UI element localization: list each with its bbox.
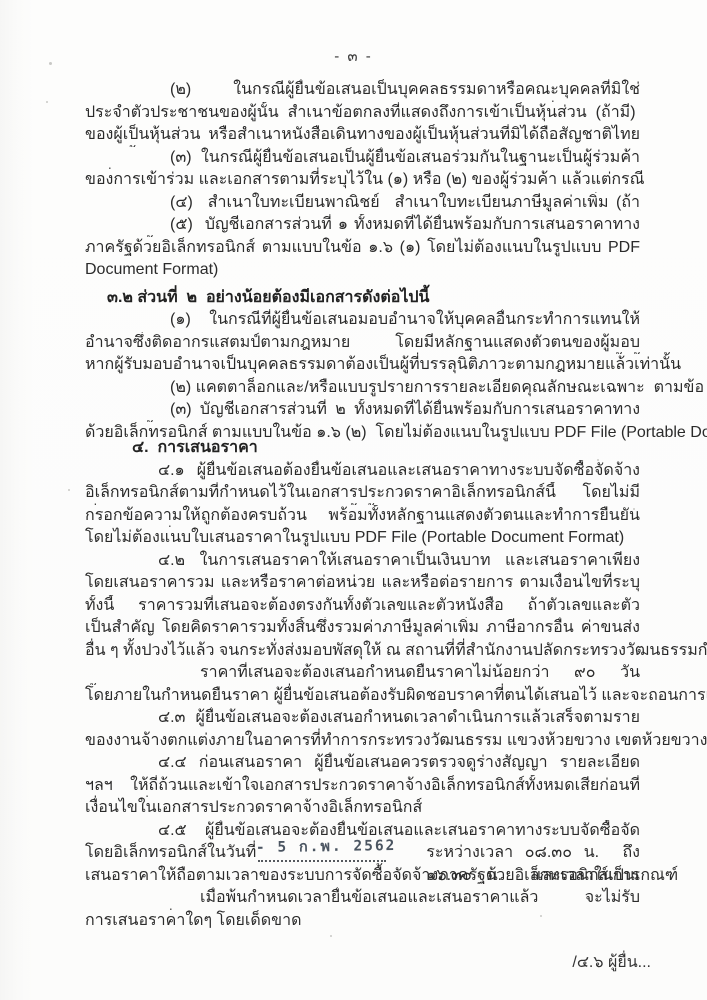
text-line: เป็นสำคัญ โดยคิดราคารวมทั้งสิ้นซึ่งรวมค่… xyxy=(85,617,640,640)
date-line-prefix: โดยอิเล็กทรอนิกส์ในวันที่ xyxy=(85,842,256,865)
text-line: (๑) ในกรณีที่ผู้ยื่นข้อเสนอมอบอำนาจให้บุ… xyxy=(85,309,640,332)
text-line: ทั้งนี้ ราคารวมที่เสนอจะต้องตรงกันทั้งตั… xyxy=(85,595,640,618)
scan-speck xyxy=(49,62,52,65)
text-line: กรอกข้อความให้ถูกต้องครบถ้วน พร้อมทั้งหล… xyxy=(85,505,640,528)
document-page: - ๓ - (๒) ในกรณีผู้ยื่นข้อเสนอเป็นบุคคลธ… xyxy=(0,0,707,1000)
date-line: โดยอิเล็กทรอนิกส์ในวันที่- 5 ก.พ. 2562ระ… xyxy=(85,842,640,865)
text-line: (๒) แคตตาล็อกและ/หรือแบบรูปรายการรายละเอ… xyxy=(85,377,640,400)
section-heading: ๓.๒ ส่วนที่ ๒ อย่างน้อยต้องมีเอกสารดังต่… xyxy=(85,287,640,310)
text-line: ประจำตัวประชาชนของผู้นั้น สำเนาข้อตกลงที… xyxy=(85,102,640,125)
text-line: เสนอราคาให้ถือตามเวลาของระบบการจัดซื้อจั… xyxy=(85,865,640,888)
text-line: (๓) บัญชีเอกสารส่วนที่ ๒ ทั้งหมดที่ได้ยื… xyxy=(85,399,640,422)
text-line: ๔.๑ ผู้ยื่นข้อเสนอต้องยื่นข้อเสนอและเสนอ… xyxy=(85,460,640,483)
text-line: ๔.๓ ผู้ยื่นข้อเสนอจะต้องเสนอกำหนดเวลาดำเ… xyxy=(85,707,640,730)
date-stamp: - 5 ก.พ. 2562 xyxy=(256,835,397,859)
text-line: โดยไม่ต้องแนบใบเสนอราคาในรูปแบบ PDF File… xyxy=(85,527,640,550)
scan-speck xyxy=(418,466,420,468)
scan-speck xyxy=(540,915,542,917)
document-body: (๒) ในกรณีผู้ยื่นข้อเสนอเป็นบุคคลธรรมดาห… xyxy=(85,79,640,932)
scan-speck xyxy=(330,935,332,937)
text-line: ของงานจ้างตกแต่งภายในอาคารที่ทำการกระทรว… xyxy=(85,730,640,753)
scan-speck xyxy=(633,508,635,510)
text-line: ของผู้เป็นหุ้นส่วน หรือสำเนาหนังสือเดินท… xyxy=(85,124,640,147)
text-line: (๓) ในกรณีผู้ยื่นข้อเสนอเป็นผู้ยื่นข้อเส… xyxy=(85,147,640,170)
text-line: การเสนอราคาใดๆ โดยเด็ดขาด xyxy=(85,910,640,933)
text-line: ของการเข้าร่วม และเอกสารตามที่ระบุไว้ใน … xyxy=(85,169,640,192)
text-line: อำนาจซึ่งติดอากรแสตมป์ตามกฎหมาย โดยมีหลั… xyxy=(85,332,640,355)
page-number: - ๓ - xyxy=(0,44,707,68)
text-line: (๒) ในกรณีผู้ยื่นข้อเสนอเป็นบุคคลธรรมดาห… xyxy=(85,79,640,102)
text-line: อิเล็กทรอนิกส์ตามที่กำหนดไว้ในเอกสารประก… xyxy=(85,482,640,505)
date-blank-dotted: - 5 ก.พ. 2562 xyxy=(258,844,386,862)
text-line: ภาครัฐด้วยอิเล็กทรอนิกส์ ตามแบบในข้อ ๑.๖… xyxy=(85,237,640,260)
text-line: ฯลฯ ให้ถี่ถ้วนและเข้าใจเอกสารประกวดราคาจ… xyxy=(85,775,640,798)
text-line: ๔.๒ ในการเสนอราคาให้เสนอราคาเป็นเงินบาท … xyxy=(85,550,640,573)
text-line: เมื่อพ้นกำหนดเวลายื่นข้อเสนอและเสนอราคาแ… xyxy=(85,887,640,910)
scan-speck xyxy=(46,101,48,103)
footer-continuation-mark: /๔.๖ ผู้ยื่น... xyxy=(572,950,651,975)
text-line: หากผู้รับมอบอำนาจเป็นบุคคลธรรมดาต้องเป็น… xyxy=(85,354,640,377)
text-line: (๔) สำเนาใบทะเบียนพาณิชย์ สำเนาใบทะเบียน… xyxy=(85,192,640,215)
scan-speck xyxy=(68,489,70,491)
text-line: (๕) บัญชีเอกสารส่วนที่ ๑ ทั้งหมดที่ได้ยื… xyxy=(85,214,640,237)
text-line: ราคาที่เสนอจะต้องเสนอกำหนดยืนราคาไม่น้อย… xyxy=(85,662,640,685)
text-line: โดยภายในกำหนดยืนราคา ผู้ยื่นข้อเสนอต้องร… xyxy=(85,685,640,708)
text-line: Document Format) xyxy=(85,259,640,282)
scan-speck xyxy=(660,870,663,872)
text-line: โดยเสนอราคารวม และหรือราคาต่อหน่วย และหร… xyxy=(85,572,640,595)
scan-speck xyxy=(597,459,599,461)
text-line: เงื่อนไขในเอกสารประกวดราคาจ้างอิเล็กทรอน… xyxy=(85,797,640,820)
text-line: ๔.๔ ก่อนเสนอราคา ผู้ยื่นข้อเสนอควรตรวจดู… xyxy=(85,752,640,775)
text-line: อื่น ๆ ทั้งปวงไว้แล้ว จนกระทั่งส่งมอบพัส… xyxy=(85,640,640,663)
